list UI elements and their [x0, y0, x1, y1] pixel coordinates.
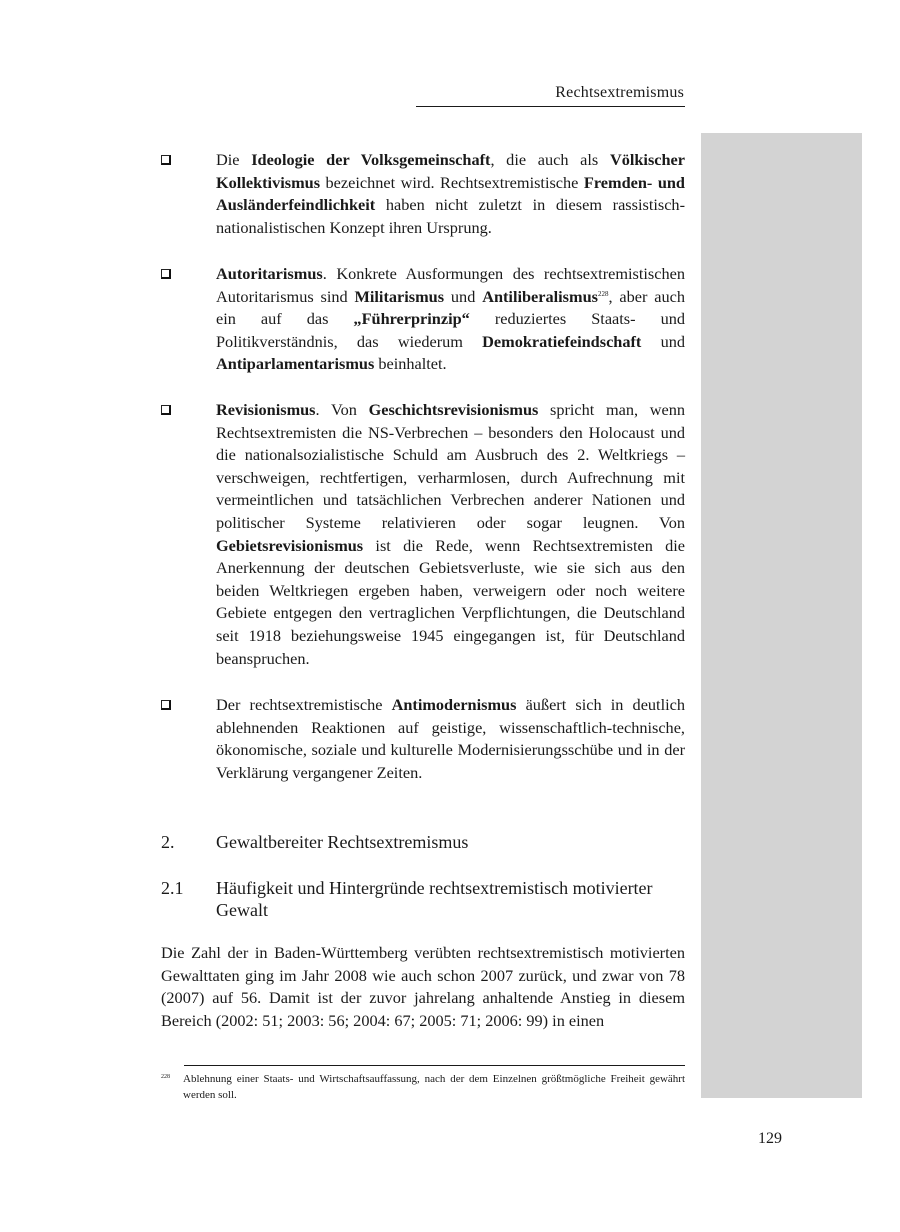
text-run: und [444, 287, 482, 306]
list-item-text: Autoritarismus. Konkrete Ausformungen de… [216, 263, 685, 376]
checkbox-bullet-icon [161, 405, 171, 415]
key-term: Gebietsrevisionismus [216, 536, 363, 555]
margin-sidebar [701, 133, 862, 1098]
list-item-text: Revisionismus. Von Geschichtsrevisionism… [216, 399, 685, 670]
subsection-heading: 2.1 Häufigkeit und Hintergründe rechtsex… [161, 877, 686, 921]
key-term: Antiparlamentarismus [216, 354, 374, 373]
text-run: . Von [316, 400, 369, 419]
list-item-text: Der rechtsextremistische Antimodernismus… [216, 694, 685, 784]
key-term: Revisionismus [216, 400, 316, 419]
running-head: Rechtsextremismus [416, 84, 684, 102]
section-heading: 2. Gewaltbereiter Rechtsextremismus [161, 831, 686, 853]
page-number: 129 [740, 1130, 800, 1148]
key-term: Militarismus [355, 287, 445, 306]
key-term: Geschichtsrevisionismus [369, 400, 539, 419]
text-run: bezeichnet wird. Rechtsextremistische [320, 173, 584, 192]
text-run: beinhaltet. [374, 354, 446, 373]
list-item: Autoritarismus. Konkrete Ausformungen de… [161, 263, 685, 376]
key-term: Antimodernismus [392, 695, 517, 714]
checkbox-bullet-icon [161, 700, 171, 710]
checkbox-bullet-icon [161, 155, 171, 165]
checkbox-bullet-icon [161, 269, 171, 279]
subsection-title: Häufigkeit und Hintergründe rechtsextrem… [216, 877, 686, 921]
text-run: , die auch als [490, 150, 610, 169]
key-term: Ideologie der Volksgemeinschaft [251, 150, 490, 169]
body-paragraph: Die Zahl der in Baden-Württemberg verübt… [161, 942, 685, 1032]
text-run: Der rechtsextremistische [216, 695, 392, 714]
subsection-number: 2.1 [161, 877, 184, 899]
list-item: Die Ideologie der Volksgemeinschaft, die… [161, 149, 685, 239]
text-run: ist die Rede, wenn Rechtsextremisten die… [216, 536, 685, 668]
text-run: spricht man, wenn Rechtsextremisten die … [216, 400, 685, 532]
footnote-text: Ablehnung einer Staats- und Wirtschaftsa… [183, 1072, 685, 1103]
footnote-reference: 228 [598, 290, 609, 298]
key-term: Antiliberalismus [482, 287, 598, 306]
text-run: Die [216, 150, 251, 169]
key-term: Demokratiefeindschaft [482, 332, 641, 351]
header-rule [416, 106, 685, 107]
key-term: „Führerprinzip“ [353, 309, 469, 328]
key-term: Autoritarismus [216, 264, 323, 283]
text-run: und [641, 332, 685, 351]
footnote-rule [184, 1065, 685, 1066]
footnote-marker: 228 [161, 1070, 170, 1086]
list-item-text: Die Ideologie der Volksgemeinschaft, die… [216, 149, 685, 239]
section-number: 2. [161, 831, 175, 853]
footnote: 228 Ablehnung einer Staats- und Wirtscha… [161, 1072, 685, 1103]
list-item: Der rechtsextremistische Antimodernismus… [161, 694, 685, 784]
list-item: Revisionismus. Von Geschichtsrevisionism… [161, 399, 685, 670]
section-title: Gewaltbereiter Rechtsextremismus [216, 831, 686, 853]
